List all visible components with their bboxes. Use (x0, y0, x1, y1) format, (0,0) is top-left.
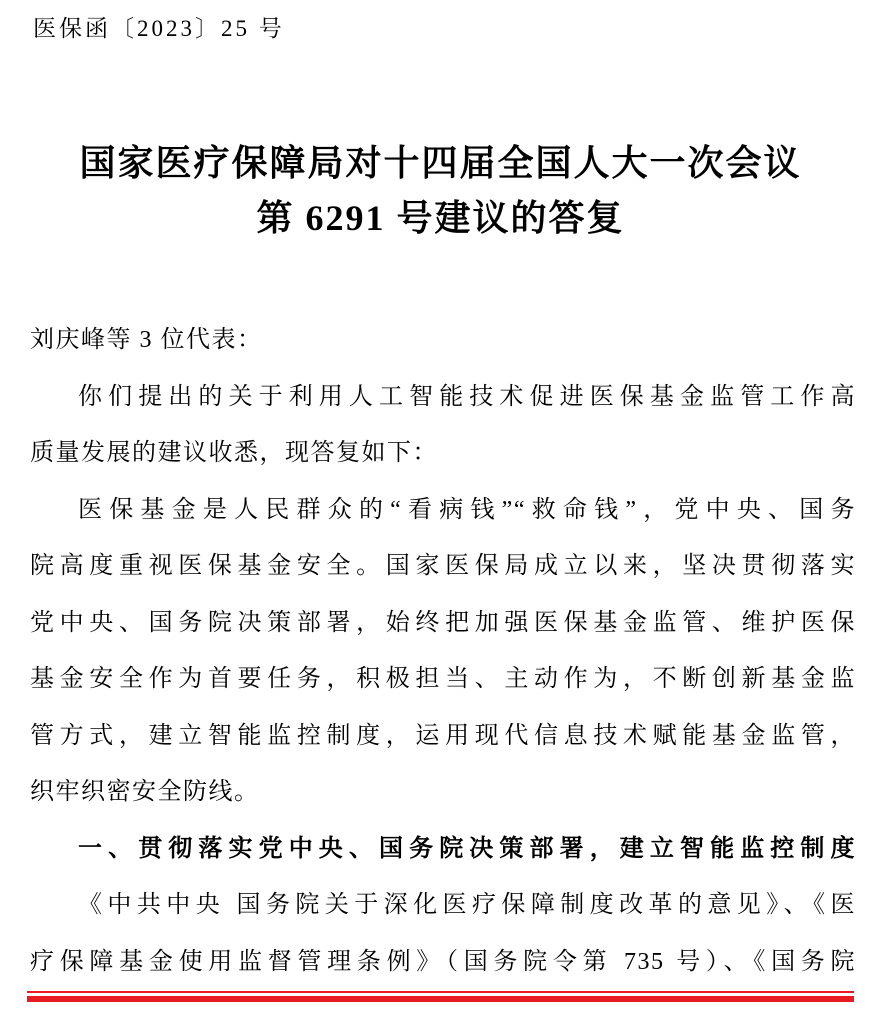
document-page: 医保函〔2023〕25 号 国家医疗保障局对十四届全国人大一次会议 第 6291… (0, 0, 881, 1034)
body-line: 织牢织密安全防线。 (30, 764, 856, 821)
red-separator-thin (27, 991, 854, 993)
body-line: 基金安全作为首要任务，积极担当、主动作为，不断创新基金监 (30, 651, 856, 708)
doc-number: 医保函〔2023〕25 号 (33, 10, 285, 43)
red-separator-thick (27, 996, 854, 1002)
document-title: 国家医疗保障局对十四届全国人大一次会议 第 6291 号建议的答复 (0, 136, 881, 246)
body-line: 院高度重视医保基金安全。国家医保局成立以来，坚决贯彻落实 (30, 538, 856, 595)
document-title-line2: 第 6291 号建议的答复 (0, 191, 881, 246)
document-title-line1: 国家医疗保障局对十四届全国人大一次会议 (0, 136, 881, 191)
body-line: 你们提出的关于利用人工智能技术促进医保基金监管工作高 (30, 369, 856, 426)
document-body: 刘庆峰等 3 位代表： 你们提出的关于利用人工智能技术促进医保基金监管工作高 质… (30, 312, 856, 990)
body-line: 党中央、国务院决策部署，始终把加强医保基金监管、维护医保 (30, 595, 856, 652)
body-line: 质量发展的建议收悉，现答复如下： (30, 425, 856, 482)
body-line: 《中共中央 国务院关于深化医疗保障制度改革的意见》、《医 (30, 877, 856, 934)
body-line: 管方式，建立智能监控制度，运用现代信息技术赋能基金监管， (30, 708, 856, 765)
section-heading: 一、贯彻落实党中央、国务院决策部署，建立智能监控制度 (30, 821, 856, 878)
salutation: 刘庆峰等 3 位代表： (30, 312, 856, 369)
body-line: 疗保障基金使用监督管理条例》（国务院令第 735 号）、《国务院 (30, 934, 856, 991)
body-line: 医保基金是人民群众的“看病钱”“救命钱”，党中央、国务 (30, 482, 856, 539)
